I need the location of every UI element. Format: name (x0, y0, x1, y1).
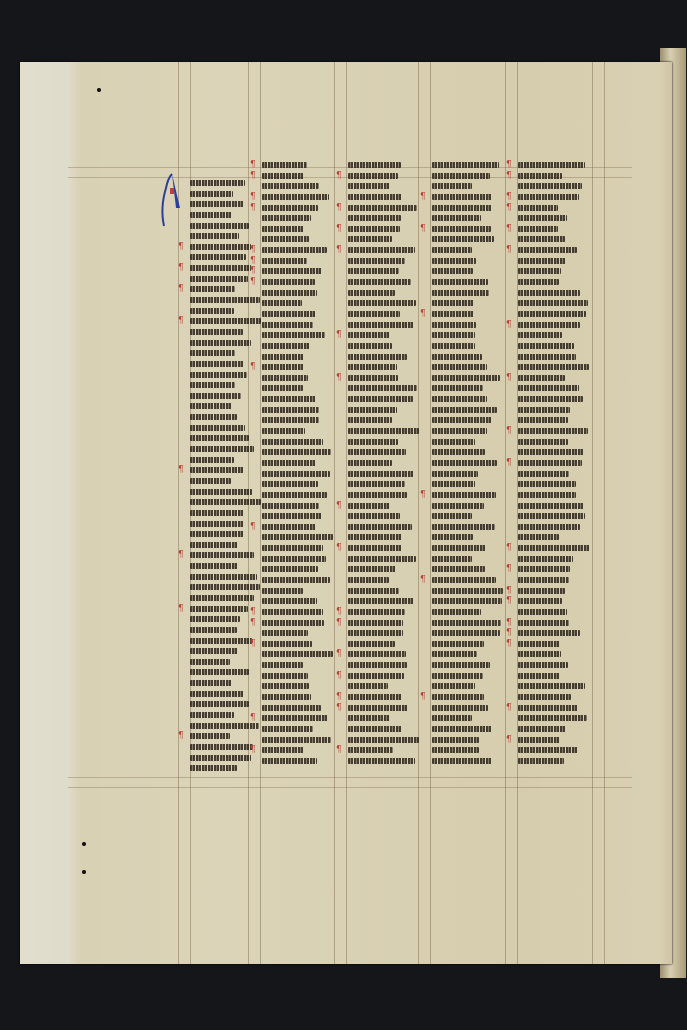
paragraph-mark: ¶ (506, 586, 512, 596)
paragraph-mark: ¶ (506, 628, 512, 638)
paragraph-mark: ¶ (178, 284, 184, 294)
paragraph-mark: ¶ (506, 426, 512, 436)
paragraph-mark: ¶ (178, 465, 184, 475)
ruling-line (248, 62, 249, 964)
pinhole (82, 870, 86, 874)
paragraph-mark: ¶ (506, 171, 512, 181)
paragraph-mark: ¶ (336, 171, 342, 181)
paragraph-mark: ¶ (506, 245, 512, 255)
ruling-line (430, 62, 431, 964)
paragraph-mark: ¶ (178, 550, 184, 560)
paragraph-mark: ¶ (506, 373, 512, 383)
pinhole (97, 88, 101, 92)
pinhole (82, 842, 86, 846)
paragraph-mark: ¶ (178, 731, 184, 741)
paragraph-mark: ¶ (506, 224, 512, 234)
paragraph-mark: ¶ (336, 330, 342, 340)
paragraph-mark: ¶ (250, 171, 256, 181)
paragraph-mark: ¶ (336, 245, 342, 255)
paragraph-mark: ¶ (420, 224, 426, 234)
paragraph-mark: ¶ (250, 192, 256, 202)
paragraph-mark: ¶ (178, 316, 184, 326)
paragraph-mark: ¶ (250, 203, 256, 213)
paragraph-mark: ¶ (506, 596, 512, 606)
ruling-line (68, 777, 632, 778)
ruling-line (604, 62, 605, 964)
paragraph-mark: ¶ (250, 256, 256, 266)
ruling-line (334, 62, 335, 964)
paragraph-mark: ¶ (250, 607, 256, 617)
paragraph-mark: ¶ (250, 245, 256, 255)
ruling-line (418, 62, 419, 964)
paragraph-mark: ¶ (250, 266, 256, 276)
paragraph-mark: ¶ (336, 607, 342, 617)
paragraph-mark: ¶ (506, 192, 512, 202)
paragraph-mark: ¶ (420, 309, 426, 319)
paragraph-mark: ¶ (506, 543, 512, 553)
paragraph-mark: ¶ (250, 277, 256, 287)
paragraph-mark: ¶ (506, 160, 512, 170)
paragraph-mark: ¶ (250, 160, 256, 170)
paragraph-mark: ¶ (506, 203, 512, 213)
paragraph-mark: ¶ (336, 745, 342, 755)
paragraph-mark: ¶ (506, 618, 512, 628)
paragraph-mark: ¶ (336, 618, 342, 628)
paragraph-mark: ¶ (336, 692, 342, 702)
ruling-line (260, 62, 261, 964)
decorated-initial-a (158, 168, 186, 228)
paragraph-mark: ¶ (336, 703, 342, 713)
paragraph-mark: ¶ (420, 692, 426, 702)
paragraph-mark: ¶ (336, 203, 342, 213)
paragraph-mark: ¶ (506, 735, 512, 745)
paragraph-mark: ¶ (250, 713, 256, 723)
paragraph-mark: ¶ (178, 242, 184, 252)
paragraph-mark: ¶ (178, 604, 184, 614)
paragraph-mark: ¶ (336, 501, 342, 511)
paragraph-mark: ¶ (250, 639, 256, 649)
paragraph-mark: ¶ (336, 649, 342, 659)
paragraph-mark: ¶ (250, 745, 256, 755)
ruling-line (346, 62, 347, 964)
paragraph-mark: ¶ (250, 522, 256, 532)
paragraph-mark: ¶ (420, 575, 426, 585)
ruling-line (68, 787, 632, 788)
paragraph-mark: ¶ (178, 263, 184, 273)
paragraph-mark: ¶ (250, 362, 256, 372)
paragraph-mark: ¶ (506, 320, 512, 330)
paragraph-mark: ¶ (336, 224, 342, 234)
paragraph-mark: ¶ (336, 671, 342, 681)
paragraph-mark: ¶ (420, 490, 426, 500)
paragraph-mark: ¶ (420, 192, 426, 202)
paragraph-mark: ¶ (506, 458, 512, 468)
paragraph-mark: ¶ (506, 703, 512, 713)
paragraph-mark: ¶ (250, 618, 256, 628)
paragraph-mark: ¶ (506, 639, 512, 649)
paragraph-mark: ¶ (336, 543, 342, 553)
paragraph-mark: ¶ (336, 373, 342, 383)
paragraph-mark: ¶ (506, 564, 512, 574)
ruling-line (592, 62, 593, 964)
